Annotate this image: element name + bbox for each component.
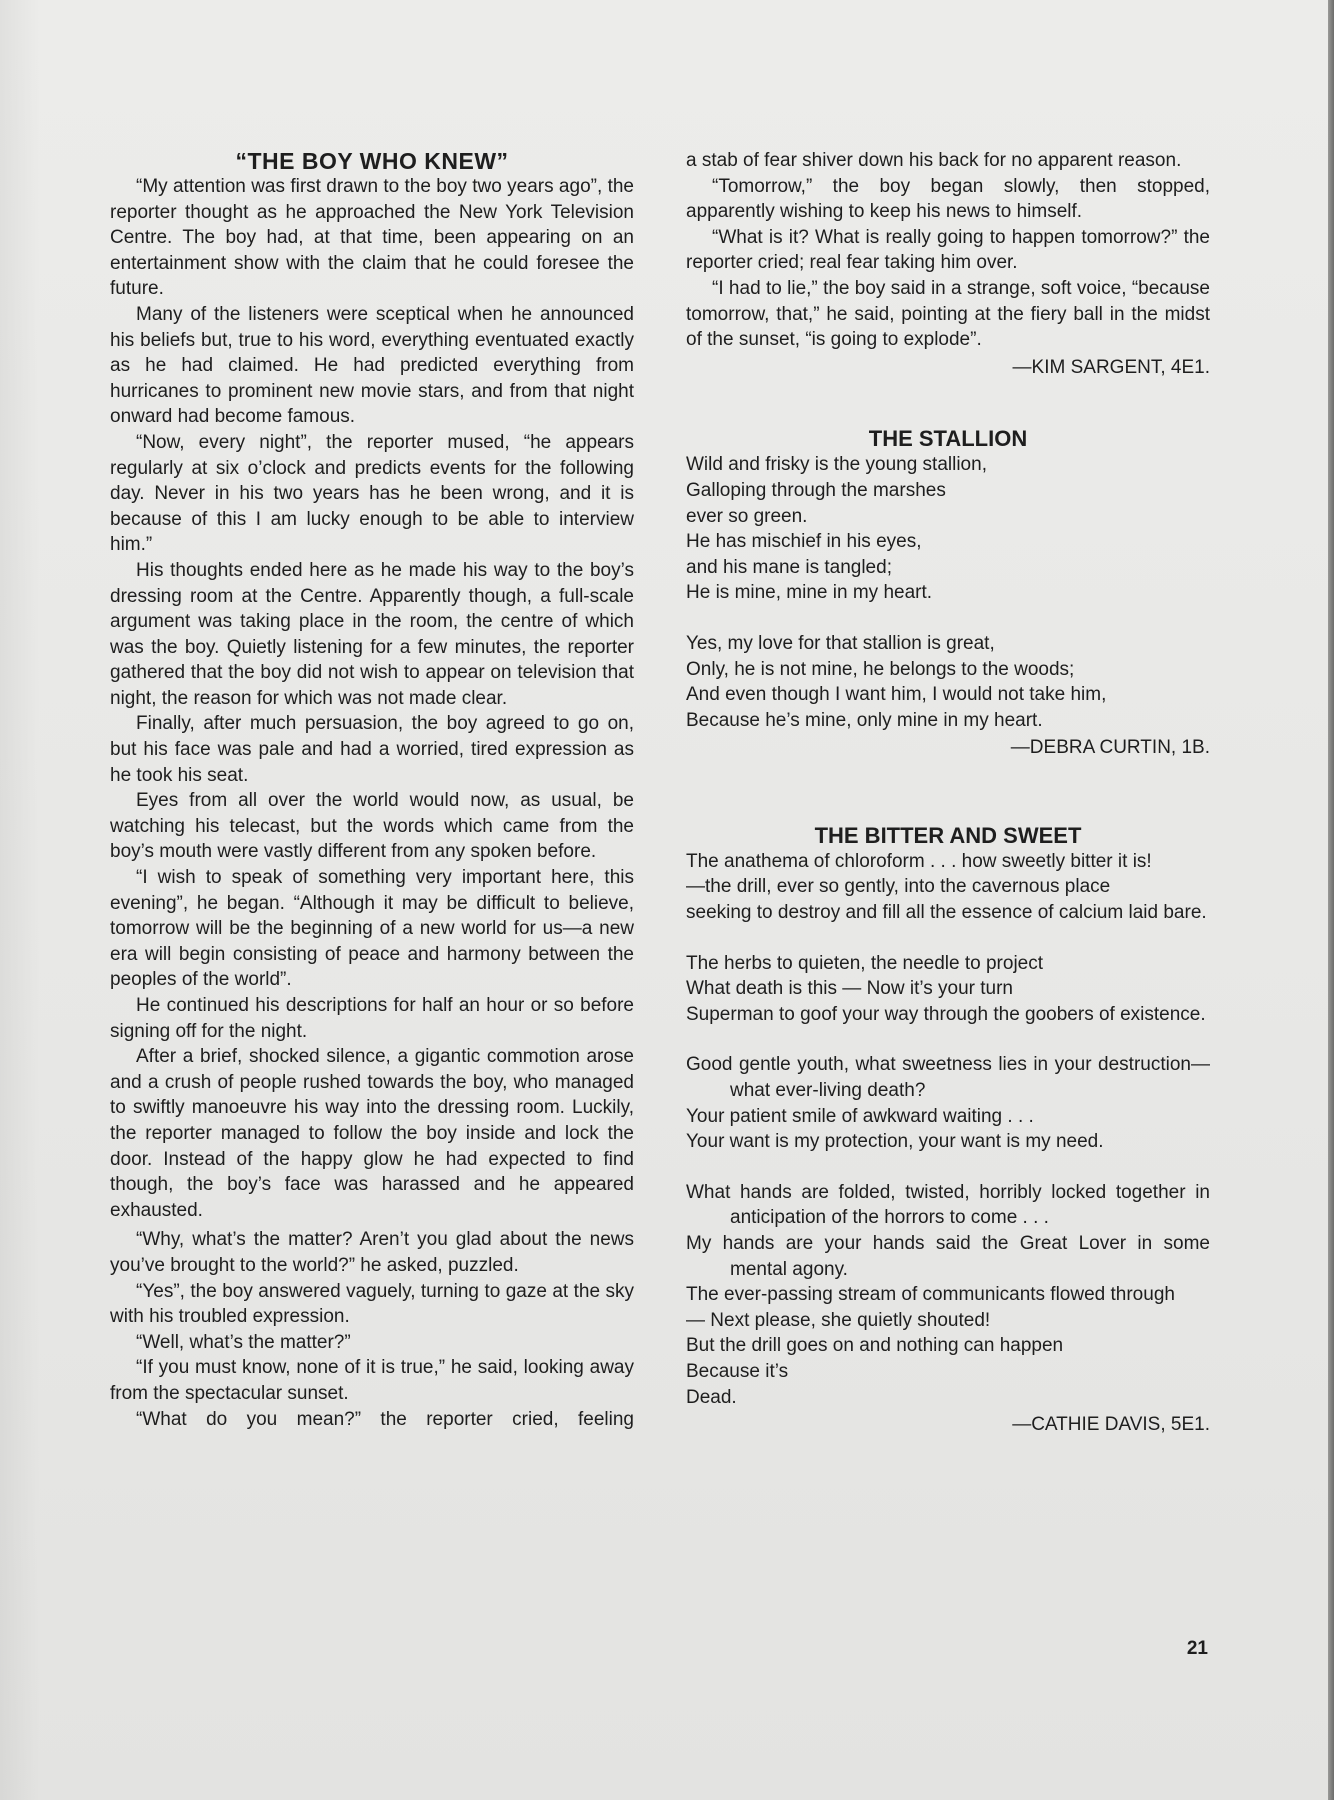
- poem-line: Superman to goof your way through the go…: [686, 1002, 1210, 1028]
- poem-line: Dead.: [686, 1385, 1210, 1411]
- poem-line: The anathema of chloroform . . . how swe…: [686, 849, 1210, 875]
- poem-line: But the drill goes on and nothing can ha…: [686, 1333, 1210, 1359]
- stanza-gap: [686, 1027, 1210, 1052]
- story-paragraph-continued: “Tomorrow,” the boy began slowly, then s…: [686, 174, 1210, 225]
- poem-stanza: What hands are folded, twisted, horribly…: [686, 1180, 1210, 1410]
- poem-line: and his mane is tangled;: [686, 555, 1210, 581]
- poem-line: The herbs to quieten, the needle to proj…: [686, 951, 1210, 977]
- poem-line: What death is this — Now it’s your turn: [686, 976, 1210, 1002]
- poem-stanza: Good gentle youth, what sweetness lies i…: [686, 1052, 1210, 1154]
- poem-line: My hands are your hands said the Great L…: [686, 1231, 1210, 1282]
- stanza-gap: [686, 1155, 1210, 1180]
- story-paragraph: “My attention was first drawn to the boy…: [110, 174, 634, 302]
- story-paragraph-continued: “What is it? What is really going to hap…: [686, 225, 1210, 276]
- poem-line: Because he’s mine, only mine in my heart…: [686, 708, 1210, 734]
- poem-line: Galloping through the marshes: [686, 478, 1210, 504]
- story-paragraph: “If you must know, none of it is true,” …: [110, 1355, 634, 1406]
- story-paragraph: “I wish to speak of something very impor…: [110, 865, 634, 993]
- poem-line: Good gentle youth, what sweetness lies i…: [686, 1052, 1210, 1103]
- poem-line: Only, he is not mine, he belongs to the …: [686, 657, 1210, 683]
- left-column: “THE BOY WHO KNEW” “My attention was fir…: [110, 148, 634, 1432]
- poem-line: Because it’s: [686, 1359, 1210, 1385]
- magazine-page: “THE BOY WHO KNEW” “My attention was fir…: [0, 0, 1334, 1800]
- story-paragraph: After a brief, shocked silence, a gigant…: [110, 1044, 634, 1223]
- story-paragraph: “Now, every night”, the reporter mused, …: [110, 430, 634, 558]
- poem-line: — Next please, she quietly shouted!: [686, 1308, 1210, 1334]
- story-paragraph: Many of the listeners were sceptical whe…: [110, 302, 634, 430]
- story-paragraph: His thoughts ended here as he made his w…: [110, 558, 634, 712]
- stallion-byline: —DEBRA CURTIN, 1B.: [686, 735, 1210, 761]
- poem-line: He is mine, mine in my heart.: [686, 580, 1210, 606]
- poem-line: Your want is my protection, your want is…: [686, 1129, 1210, 1155]
- story-byline: —KIM SARGENT, 4E1.: [686, 355, 1210, 381]
- poem-title-bitter-and-sweet: THE BITTER AND SWEET: [686, 823, 1210, 849]
- bitter-and-sweet-byline: —CATHIE DAVIS, 5E1.: [686, 1412, 1210, 1438]
- poem-line: Yes, my love for that stallion is great,: [686, 631, 1210, 657]
- poem-stanza: The herbs to quieten, the needle to proj…: [686, 951, 1210, 1028]
- page-binding-edge: [1328, 0, 1334, 1800]
- story-paragraph: “Well, what’s the matter?”: [110, 1330, 634, 1356]
- poem-line: The ever-passing stream of communicants …: [686, 1282, 1210, 1308]
- story-paragraph-continued: a stab of fear shiver down his back for …: [686, 148, 1210, 174]
- story-paragraph: “Yes”, the boy answered vaguely, turning…: [110, 1279, 634, 1330]
- stanza-gap: [686, 606, 1210, 631]
- right-column: a stab of fear shiver down his back for …: [686, 148, 1210, 1438]
- poem-stanza: Yes, my love for that stallion is great,…: [686, 631, 1210, 733]
- poem-line: He has mischief in his eyes,: [686, 529, 1210, 555]
- story-title: “THE BOY WHO KNEW”: [110, 148, 634, 174]
- poem-stanza: Wild and frisky is the young stallion, G…: [686, 452, 1210, 606]
- poem-title-stallion: THE STALLION: [686, 426, 1210, 452]
- story-paragraph: Finally, after much persuasion, the boy …: [110, 711, 634, 788]
- story-paragraph: “Why, what’s the matter? Aren’t you glad…: [110, 1227, 634, 1278]
- poem-line: Wild and frisky is the young stallion,: [686, 452, 1210, 478]
- story-paragraph-continued: “I had to lie,” the boy said in a strang…: [686, 276, 1210, 353]
- poem-line: What hands are folded, twisted, horribly…: [686, 1180, 1210, 1231]
- poem-line: Your patient smile of awkward waiting . …: [686, 1104, 1210, 1130]
- story-paragraph: “What do you mean?” the reporter cried, …: [110, 1407, 634, 1433]
- poem-line: And even though I want him, I would not …: [686, 682, 1210, 708]
- stanza-gap: [686, 926, 1210, 951]
- poem-line: ever so green.: [686, 504, 1210, 530]
- poem-line: seeking to destroy and fill all the esse…: [686, 900, 1210, 926]
- poem-stanza: The anathema of chloroform . . . how swe…: [686, 849, 1210, 926]
- story-paragraph: Eyes from all over the world would now, …: [110, 788, 634, 865]
- page-number: 21: [1160, 1638, 1208, 1660]
- poem-line: —the drill, ever so gently, into the cav…: [686, 874, 1210, 900]
- story-paragraph: He continued his descriptions for half a…: [110, 993, 634, 1044]
